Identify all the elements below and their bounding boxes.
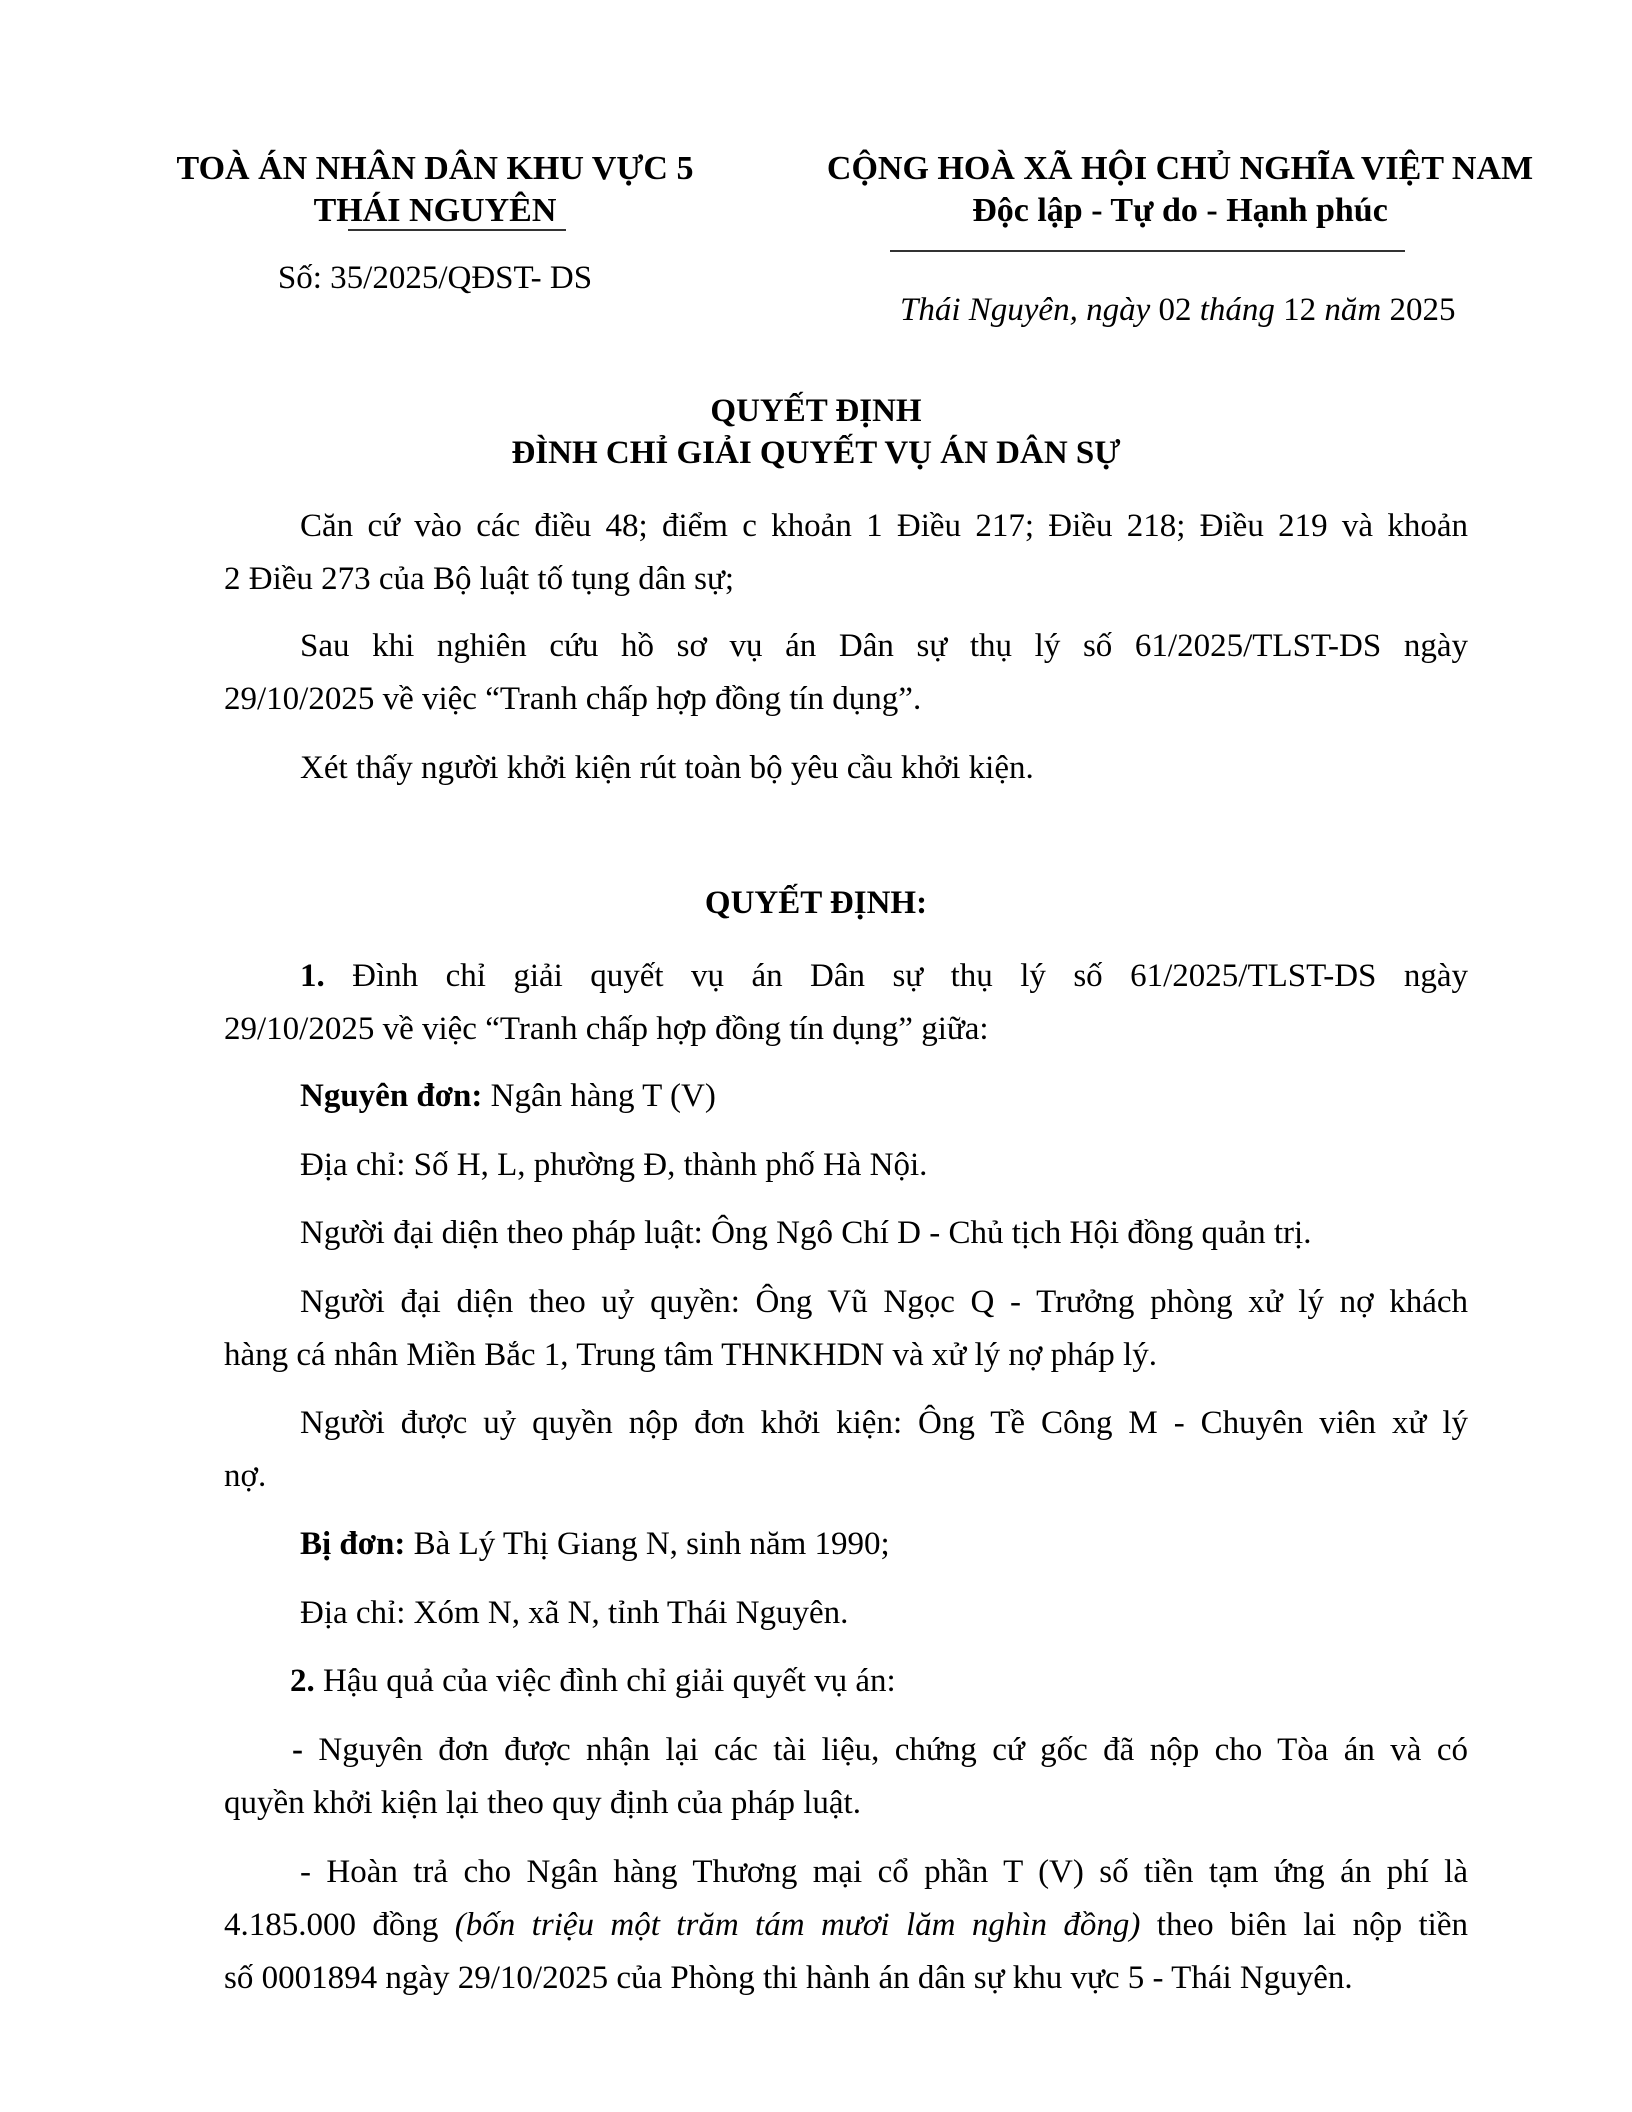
decision-heading: QUYẾT ĐỊNH: bbox=[0, 882, 1632, 924]
fee-amount: 4.185.000 đồng bbox=[224, 1907, 455, 1943]
date-year: 2025 bbox=[1381, 292, 1455, 328]
document-number: Số: 35/2025/QĐST- DS bbox=[130, 260, 740, 297]
decision-item-1-line2: 29/10/2025 về việc “Tranh chấp hợp đồng … bbox=[224, 1003, 1468, 1056]
date-day-label: ngày bbox=[1086, 292, 1150, 328]
court-name-line2: THÁI NGUYÊN bbox=[130, 190, 740, 232]
date-month-label: tháng bbox=[1200, 292, 1275, 328]
document-title: QUYẾT ĐỊNH ĐÌNH CHỈ GIẢI QUYẾT VỤ ÁN DÂN… bbox=[0, 390, 1632, 474]
date-year-label: năm bbox=[1324, 292, 1381, 328]
motto: Độc lập - Tự do - Hạnh phúc bbox=[770, 190, 1590, 232]
plaintiff-legal-rep: Người đại diện theo pháp luật: Ông Ngô C… bbox=[224, 1207, 1468, 1260]
consequence-1-text: Nguyên đơn được nhận lại các tài liệu, c… bbox=[303, 1732, 1468, 1768]
title-line2: ĐÌNH CHỈ GIẢI QUYẾT VỤ ÁN DÂN SỰ bbox=[0, 432, 1632, 474]
item-2-text: Hậu quả của việc đình chỉ giải quyết vụ … bbox=[315, 1663, 896, 1699]
legal-basis-line2: 2 Điều 273 của Bộ luật tố tụng dân sự; bbox=[224, 553, 1468, 606]
plaintiff-label: Nguyên đơn: bbox=[300, 1078, 482, 1114]
date-place: Thái Nguyên, bbox=[900, 292, 1086, 328]
defendant-label: Bị đơn: bbox=[300, 1526, 405, 1562]
consequence-1-line2: quyền khởi kiện lại theo quy định của ph… bbox=[224, 1777, 1468, 1830]
plaintiff-name: Ngân hàng T (V) bbox=[482, 1078, 715, 1114]
title-line1: QUYẾT ĐỊNH bbox=[0, 390, 1632, 432]
legal-basis-line1: Căn cứ vào các điều 48; điểm c khoản 1 Đ… bbox=[224, 500, 1468, 553]
date-day: 02 bbox=[1150, 292, 1200, 328]
consequence-1-line1: - Nguyên đơn được nhận lại các tài liệu,… bbox=[224, 1724, 1468, 1777]
item-2-number: 2. bbox=[290, 1663, 315, 1699]
court-name: TOÀ ÁN NHÂN DÂN KHU VỰC 5 THÁI NGUYÊN bbox=[130, 148, 740, 232]
consequence-2-line3: số 0001894 ngày 29/10/2025 của Phòng thi… bbox=[224, 1952, 1468, 2005]
defendant-address: Địa chỉ: Xóm N, xã N, tỉnh Thái Nguyên. bbox=[224, 1587, 1468, 1640]
nation-name: CỘNG HOÀ XÃ HỘI CHỦ NGHĨA VIỆT NAM bbox=[770, 148, 1590, 190]
plaintiff-auth-rep-line2: hàng cá nhân Miền Bắc 1, Trung tâm THNKH… bbox=[224, 1329, 1468, 1382]
defendant: Bị đơn: Bà Lý Thị Giang N, sinh năm 1990… bbox=[224, 1518, 1468, 1571]
issue-date: Thái Nguyên, ngày 02 tháng 12 năm 2025 bbox=[900, 292, 1456, 329]
defendant-name: Bà Lý Thị Giang N, sinh năm 1990; bbox=[405, 1526, 889, 1562]
filer-line1: Người được uỷ quyền nộp đơn khởi kiện: Ô… bbox=[224, 1397, 1468, 1450]
case-review-line2: 29/10/2025 về việc “Tranh chấp hợp đồng … bbox=[224, 673, 1468, 726]
court-name-underline bbox=[348, 229, 566, 231]
court-name-line1: TOÀ ÁN NHÂN DÂN KHU VỰC 5 bbox=[130, 148, 740, 190]
plaintiff-address: Địa chỉ: Số H, L, phường Đ, thành phố Hà… bbox=[224, 1139, 1468, 1192]
consequence-2-line1: - Hoàn trả cho Ngân hàng Thương mại cổ p… bbox=[224, 1846, 1468, 1899]
plaintiff-auth-rep-line1: Người đại diện theo uỷ quyền: Ông Vũ Ngọ… bbox=[224, 1276, 1468, 1329]
consequence-2-line2: 4.185.000 đồng (bốn triệu một trăm tám m… bbox=[224, 1899, 1468, 1952]
motto-underline bbox=[890, 250, 1405, 252]
bullet-dash: - bbox=[292, 1732, 303, 1768]
plaintiff: Nguyên đơn: Ngân hàng T (V) bbox=[224, 1070, 1468, 1123]
withdrawal-finding: Xét thấy người khởi kiện rút toàn bộ yêu… bbox=[224, 742, 1468, 795]
national-motto: CỘNG HOÀ XÃ HỘI CHỦ NGHĨA VIỆT NAM Độc l… bbox=[770, 148, 1590, 232]
case-review-line1: Sau khi nghiên cứu hồ sơ vụ án Dân sự th… bbox=[224, 620, 1468, 673]
item-1-number: 1. bbox=[300, 958, 325, 994]
decision-item-2: 2. Hậu quả của việc đình chỉ giải quyết … bbox=[224, 1655, 1468, 1708]
fee-amount-in-words: (bốn triệu một trăm tám mươi lăm nghìn đ… bbox=[455, 1907, 1141, 1943]
item-1-text: Đình chỉ giải quyết vụ án Dân sự thụ lý … bbox=[325, 958, 1468, 994]
fee-receipt-text: theo biên lai nộp tiền bbox=[1140, 1907, 1468, 1943]
date-month: 12 bbox=[1275, 292, 1325, 328]
decision-item-1-line1: 1. Đình chỉ giải quyết vụ án Dân sự thụ … bbox=[224, 950, 1468, 1003]
filer-line2: nợ. bbox=[224, 1450, 1468, 1503]
